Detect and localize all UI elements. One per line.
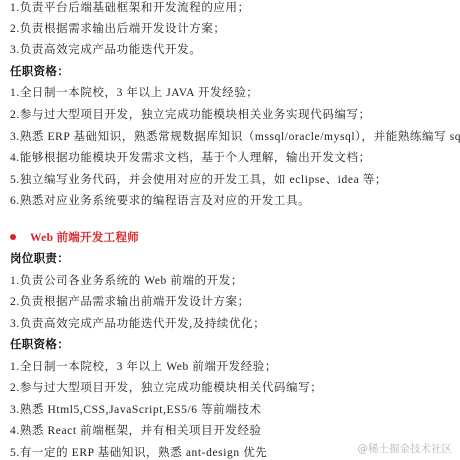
qualification-item: 3.熟悉 ERP 基础知识，熟悉常规数据库知识（mssql/oracle/mys… [10,130,460,144]
watermark: @稀土掘金技术社区 [358,441,453,456]
job-title-heading: Web 前端开发工程师 [10,231,139,245]
duty-item: 2.负责根据产品需求输出前端开发设计方案； [10,295,250,309]
qualification-item: 6.熟悉对应业务系统要求的编程语言及对应的开发工具。 [10,194,310,208]
job-title: Web 前端开发工程师 [30,232,139,244]
duty-item: 2.负责根据需求输出后端开发设计方案； [10,22,226,36]
qualification-item: 4.能够根据功能模块开发需求文档，基于个人理解，输出开发文档； [10,151,371,165]
duty-item: 1.负责平台后端基础框架和开发流程的应用； [10,1,250,15]
qualification-item: 3.熟悉 Html5,CSS,JavaScript,ES5/6 等前端技术 [10,403,262,417]
qualifications-label: 任职资格： [10,65,69,79]
duties-label: 岗位职责： [10,252,69,266]
duty-item: 1.负责公司各业务系统的 Web 前端的开发； [10,274,243,288]
qualification-item: 2.参与过大型项目开发，独立完成功能模块相关代码编写； [10,381,322,395]
qualification-item: 5.有一定的 ERP 基础知识，熟悉 ant-design 优先 [10,446,267,460]
bullet-icon [10,234,16,240]
qualification-item: 5.独立编写业务代码，并会使用对应的开发工具，如 eclipse、idea 等； [10,173,387,187]
duty-item: 3.负责高效完成产品功能迭代开发,及持续优化； [10,317,265,331]
qualification-item: 4.熟悉 React 前端框架，并有相关项目开发经验 [10,424,262,438]
qualification-item: 1.全日制一本院校，3 年以上 Web 前端开发经验； [10,360,277,374]
qualification-item: 1.全日制一本院校，3 年以上 JAVA 开发经验； [10,86,258,100]
qualifications-label: 任职资格： [10,338,69,352]
qualification-item: 2.参与过大型项目开发，独立完成功能模块相关业务实现代码编写； [10,108,371,122]
duty-item: 3.负责高效完成产品功能迭代开发。 [10,43,201,57]
